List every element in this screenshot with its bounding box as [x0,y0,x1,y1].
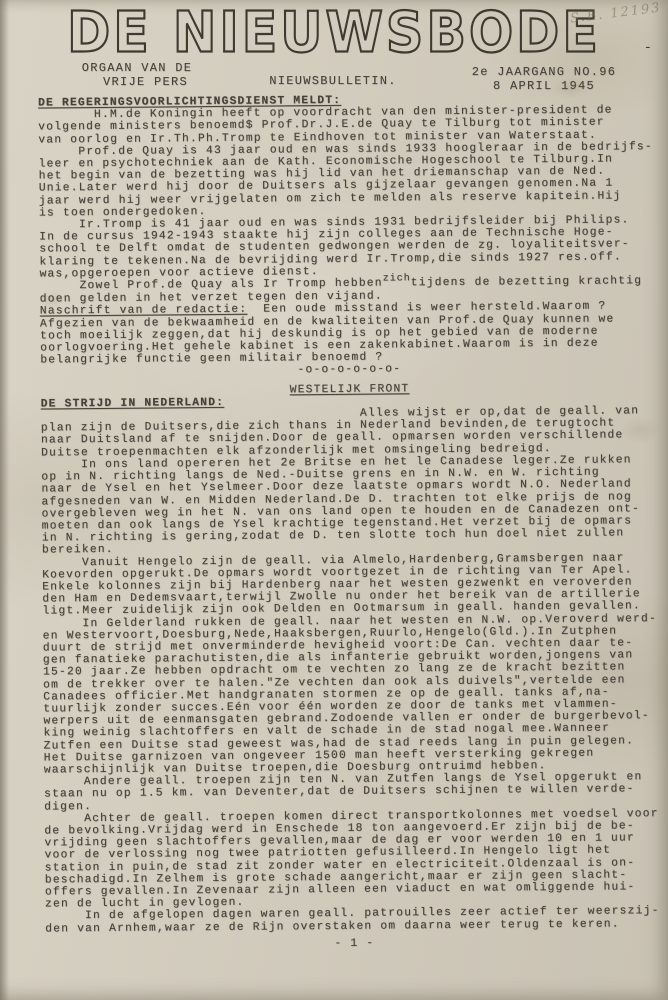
masthead: DE NIEUWSBODE - ORGAAN VAN DE VRIJE PERS… [0,0,668,93]
issue-date-label: 2e JAARGANG NO.96 8 APRIL 1945 [444,61,644,93]
document-body: DE REGERINGSVOORLICHTINGSDIENST MELDT: H… [38,92,663,952]
newspaper-page: S.B. 12193 DE NIEUWSBODE - ORGAAN VAN DE… [0,0,668,1000]
newspaper-title: DE NIEUWSBODE [0,3,668,63]
masthead-meta-row: ORGAAN VAN DE VRIJE PERS NIEUWSBULLETIN.… [52,61,644,93]
page-number: - 1 - [45,935,663,953]
masthead-dash: - [644,40,652,56]
